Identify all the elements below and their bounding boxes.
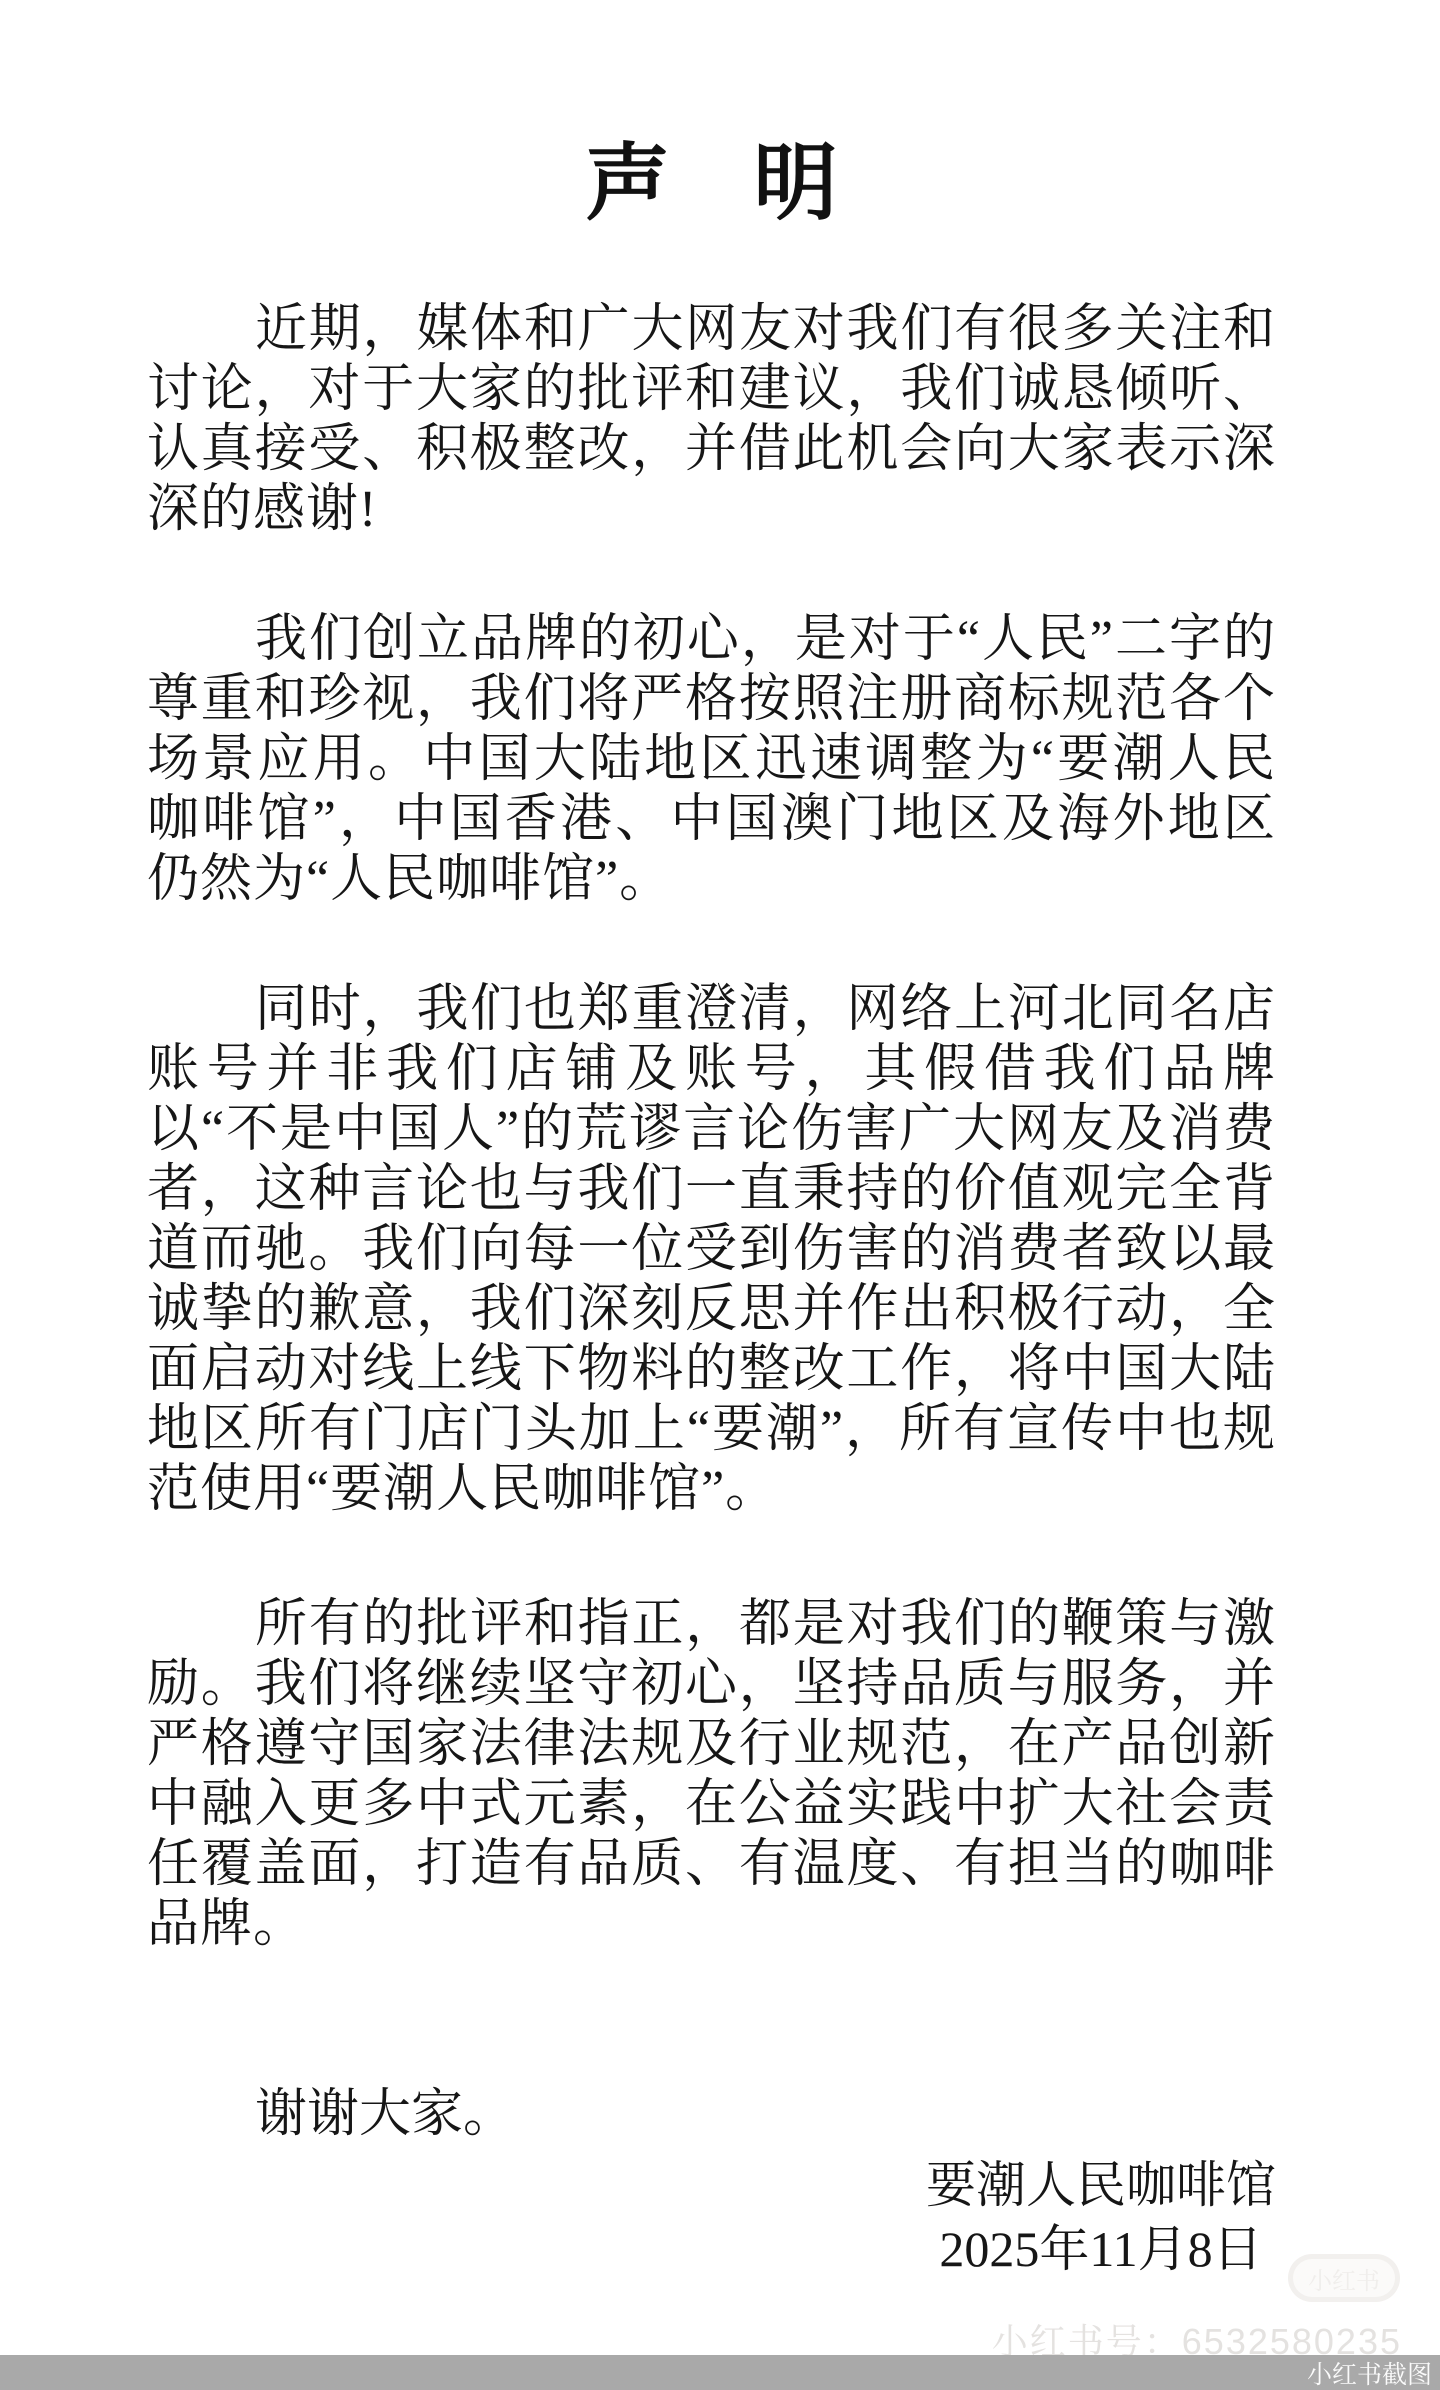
statement-paragraph-2: 我们创立品牌的初心，是对于“人民”二字的尊重和珍视，我们将严格按照注册商标规范各…	[147, 610, 1276, 910]
signature-block: 要潮人民咖啡馆 2025年11月8日	[147, 2153, 1276, 2281]
screenshot-source-label: 小红书截图	[1307, 2355, 1432, 2390]
statement-paragraph-4: 所有的批评和指正，都是对我们的鞭策与激励。我们将继续坚守初心，坚持品质与服务，并…	[147, 1595, 1276, 1955]
signature-name: 要潮人民咖啡馆	[926, 2153, 1276, 2217]
statement-page: 声 明 近期，媒体和广大网友对我们有很多关注和讨论，对于大家的批评和建议，我们诚…	[0, 0, 1440, 2390]
screenshot-source-bar: 小红书截图	[0, 2355, 1440, 2390]
statement-document: 声 明 近期，媒体和广大网友对我们有很多关注和讨论，对于大家的批评和建议，我们诚…	[147, 0, 1276, 2281]
signature-date: 2025年11月8日	[926, 2217, 1276, 2281]
statement-closing: 谢谢大家。	[147, 2085, 1276, 2145]
xiaohongshu-logo-watermark: 小红书	[1288, 2254, 1400, 2302]
xiaohongshu-logo-text: 小红书	[1308, 2261, 1380, 2296]
statement-title: 声 明	[147, 140, 1276, 230]
statement-paragraph-1: 近期，媒体和广大网友对我们有很多关注和讨论，对于大家的批评和建议，我们诚恳倾听、…	[147, 300, 1276, 540]
statement-paragraph-3: 同时，我们也郑重澄清，网络上河北同名店账号并非我们店铺及账号，其假借我们品牌以“…	[147, 980, 1276, 1520]
